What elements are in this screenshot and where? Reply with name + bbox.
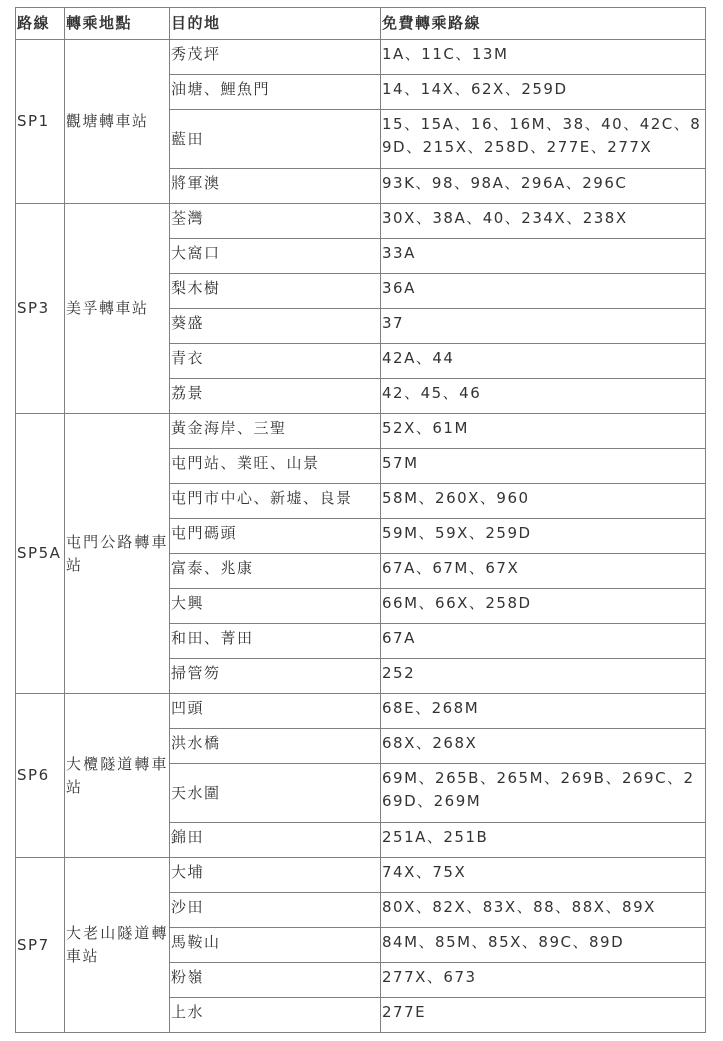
free-routes-cell: 252	[381, 659, 706, 694]
destination-cell: 藍田	[170, 110, 381, 169]
free-routes-cell: 1A、11C、13M	[381, 40, 706, 75]
table-row: SP3 美孚轉車站 荃灣 30X、38A、40、234X、238X	[16, 204, 706, 239]
destination-cell: 荃灣	[170, 204, 381, 239]
free-routes-cell: 277E	[381, 998, 706, 1033]
free-routes-cell: 277X、673	[381, 963, 706, 998]
destination-cell: 粉嶺	[170, 963, 381, 998]
destination-cell: 凹頭	[170, 694, 381, 729]
free-routes-cell: 251A、251B	[381, 823, 706, 858]
free-routes-cell: 37	[381, 309, 706, 344]
transfer-station-name: 美孚轉車站	[66, 297, 168, 320]
route-code-cell: SP6	[16, 694, 65, 858]
free-routes-cell: 15、15A、16、16M、38、40、42C、89D、215X、258D、27…	[381, 110, 706, 169]
destination-cell: 青衣	[170, 344, 381, 379]
destination-cell: 洪水橋	[170, 729, 381, 764]
transfer-station-name: 觀塘轉車站	[66, 110, 168, 133]
destination-cell: 荔景	[170, 379, 381, 414]
cropped-footer-text	[0, 1035, 723, 1041]
free-routes-cell: 30X、38A、40、234X、238X	[381, 204, 706, 239]
free-transfer-table: 路線 轉乘地點 目的地 免費轉乘路線 SP1 觀塘轉車站 秀茂坪 1A、11C、…	[15, 7, 706, 1033]
free-routes-cell: 58M、260X、960	[381, 484, 706, 519]
destination-cell: 屯門市中心、新墟、良景	[170, 484, 381, 519]
free-routes-cell: 42、45、46	[381, 379, 706, 414]
route-code-cell: SP1	[16, 40, 65, 204]
destination-cell: 大窩口	[170, 239, 381, 274]
destination-cell: 梨木樹	[170, 274, 381, 309]
destination-cell: 大興	[170, 589, 381, 624]
free-routes-cell: 42A、44	[381, 344, 706, 379]
free-routes-cell: 69M、265B、265M、269B、269C、269D、269M	[381, 764, 706, 823]
destination-cell: 沙田	[170, 893, 381, 928]
destination-cell: 馬鞍山	[170, 928, 381, 963]
transfer-station-cell: 屯門公路轉車站	[65, 414, 170, 694]
destination-cell: 和田、菁田	[170, 624, 381, 659]
destination-cell: 秀茂坪	[170, 40, 381, 75]
free-routes-cell: 14、14X、62X、259D	[381, 75, 706, 110]
destination-cell: 屯門碼頭	[170, 519, 381, 554]
route-code-cell: SP5A	[16, 414, 65, 694]
table-row: SP6 大欖隧道轉車站 凹頭 68E、268M	[16, 694, 706, 729]
destination-cell: 將軍澳	[170, 169, 381, 204]
transfer-station-name: 屯門公路轉車站	[66, 531, 168, 577]
destination-cell: 葵盛	[170, 309, 381, 344]
destination-cell: 富泰、兆康	[170, 554, 381, 589]
free-routes-cell: 67A、67M、67X	[381, 554, 706, 589]
header-route: 路線	[16, 8, 65, 40]
destination-cell: 錦田	[170, 823, 381, 858]
transfer-station-cell: 大老山隧道轉車站	[65, 858, 170, 1033]
header-free-routes: 免費轉乘路線	[381, 8, 706, 40]
table-row: SP5A 屯門公路轉車站 黃金海岸、三聖 52X、61M	[16, 414, 706, 449]
transfer-station-name: 大老山隧道轉車站	[66, 922, 168, 968]
transfer-station-cell: 美孚轉車站	[65, 204, 170, 414]
free-routes-cell: 80X、82X、83X、88、88X、89X	[381, 893, 706, 928]
route-code-cell: SP7	[16, 858, 65, 1033]
free-routes-cell: 68X、268X	[381, 729, 706, 764]
free-routes-cell: 68E、268M	[381, 694, 706, 729]
free-routes-cell: 66M、66X、258D	[381, 589, 706, 624]
transfer-station-cell: 觀塘轉車站	[65, 40, 170, 204]
free-routes-cell: 67A	[381, 624, 706, 659]
free-routes-cell: 57M	[381, 449, 706, 484]
destination-cell: 油塘、鯉魚門	[170, 75, 381, 110]
transfer-station-name: 大欖隧道轉車站	[66, 753, 168, 799]
table-row: SP7 大老山隧道轉車站 大埔 74X、75X	[16, 858, 706, 893]
free-routes-cell: 93K、98、98A、296A、296C	[381, 169, 706, 204]
free-routes-cell: 84M、85M、85X、89C、89D	[381, 928, 706, 963]
destination-cell: 大埔	[170, 858, 381, 893]
header-transfer-point: 轉乘地點	[65, 8, 170, 40]
header-destination: 目的地	[170, 8, 381, 40]
free-routes-cell: 33A	[381, 239, 706, 274]
table-header-row: 路線 轉乘地點 目的地 免費轉乘路線	[16, 8, 706, 40]
table-row: SP1 觀塘轉車站 秀茂坪 1A、11C、13M	[16, 40, 706, 75]
transfer-station-cell: 大欖隧道轉車站	[65, 694, 170, 858]
free-routes-cell: 36A	[381, 274, 706, 309]
free-routes-cell: 52X、61M	[381, 414, 706, 449]
destination-cell: 掃管笏	[170, 659, 381, 694]
destination-cell: 天水圍	[170, 764, 381, 823]
destination-cell: 屯門站、業旺、山景	[170, 449, 381, 484]
free-routes-cell: 59M、59X、259D	[381, 519, 706, 554]
destination-cell: 黃金海岸、三聖	[170, 414, 381, 449]
destination-cell: 上水	[170, 998, 381, 1033]
route-code-cell: SP3	[16, 204, 65, 414]
free-routes-cell: 74X、75X	[381, 858, 706, 893]
